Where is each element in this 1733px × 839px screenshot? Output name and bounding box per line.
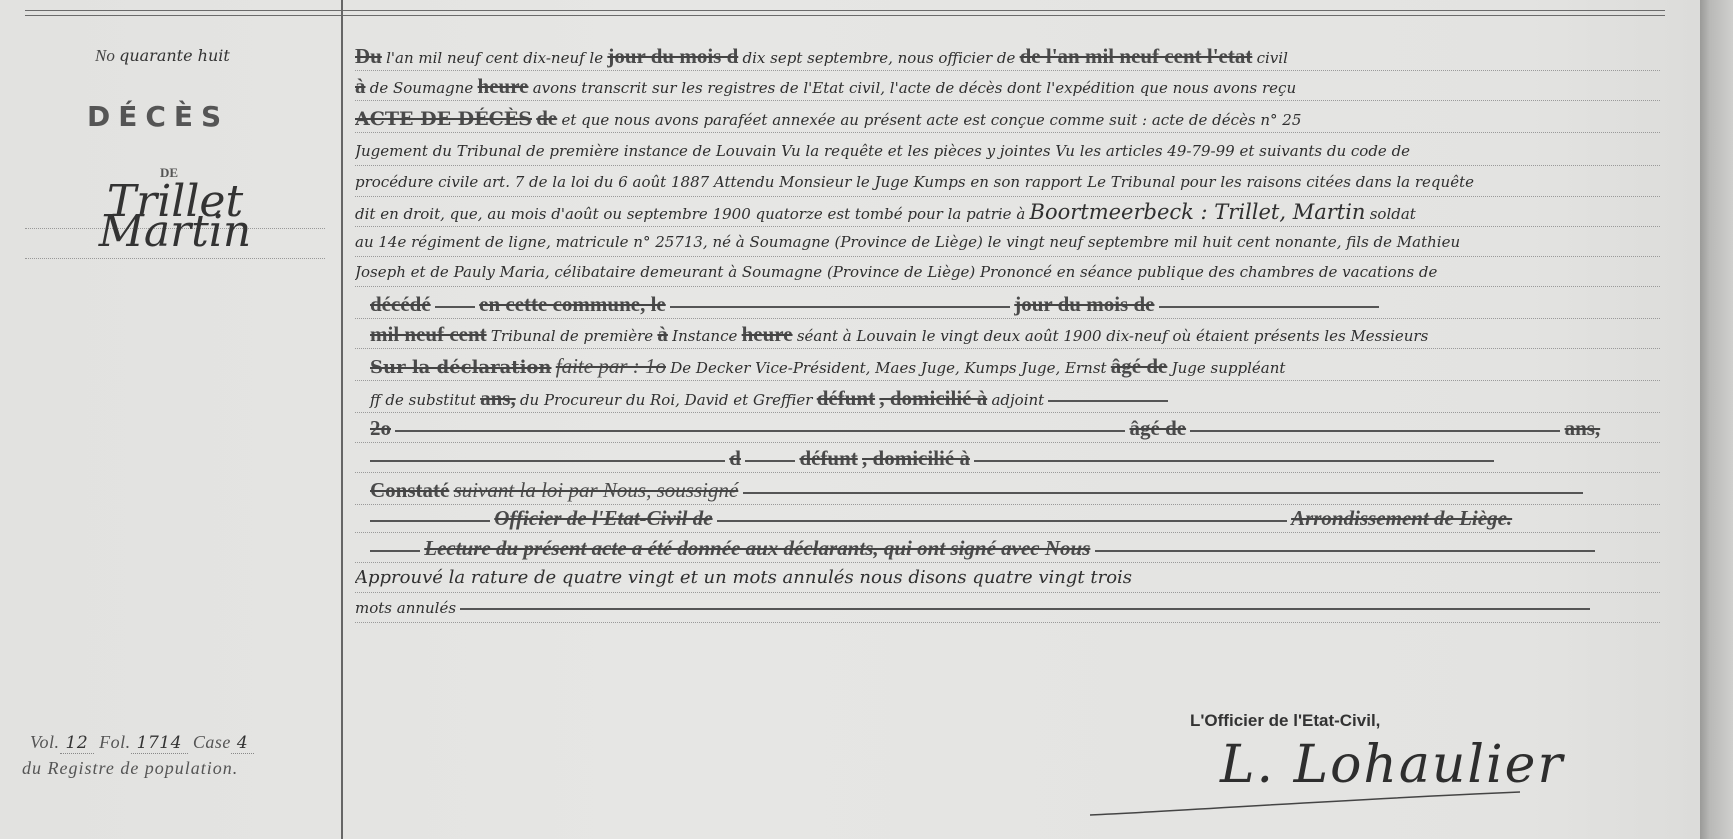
handwritten-text: Tribunal de première	[491, 327, 653, 345]
record-line-2: à de Soumagne heure avons transcrit sur …	[355, 72, 1660, 101]
vol-value: 12	[60, 733, 95, 754]
record-type-title: DÉCÈS	[87, 100, 229, 133]
printed-struck: Officier de l'Etat-Civil de	[494, 506, 712, 530]
printed-struck: âgé de	[1111, 354, 1168, 378]
margin-divider	[341, 0, 343, 839]
record-line-19: mots annulés	[355, 594, 1660, 623]
printed-struck: , domicilié à	[862, 446, 970, 470]
record-line-5: procédure civile art. 7 de la loi du 6 a…	[355, 168, 1660, 197]
record-number-label: No	[95, 46, 115, 65]
printed-struck: jour du mois de	[1014, 292, 1154, 316]
handwritten-place-name: Boortmeerbeck : Trillet, Martin	[1030, 200, 1366, 224]
printed-struck: heure	[742, 322, 793, 346]
printed-struck: 2o	[370, 416, 391, 440]
record-line-7: au 14e régiment de ligne, matricule n° 2…	[355, 228, 1660, 257]
printed-struck: d	[729, 446, 741, 470]
officer-signature-label: L'Officier de l'Etat-Civil,	[1190, 711, 1380, 731]
top-double-rule	[25, 10, 1665, 16]
printed-struck: jour du mois d	[607, 44, 738, 68]
record-line-18: Approuvé la rature de quatre vingt et un…	[355, 564, 1660, 593]
printed-struck: ans,	[480, 386, 516, 410]
handwritten-text: procédure civile art. 7 de la loi du 6 a…	[355, 173, 1474, 191]
record-line-13: 2o âgé de ans,	[355, 414, 1660, 443]
printed-struck: ans,	[1565, 416, 1601, 440]
printed-struck: de	[536, 106, 557, 130]
signature-flourish	[1080, 790, 1540, 830]
record-number-value: quarante huit	[119, 46, 230, 65]
case-label: Case	[193, 732, 231, 752]
record-line-12: ff de substitut ans, du Procureur du Roi…	[355, 384, 1660, 413]
handwritten-text: De Decker Vice-Président, Maes Juge, Kum…	[670, 359, 1106, 377]
printed-struck: faite par : 1o	[556, 354, 666, 378]
handwritten-text: mots annulés	[355, 599, 456, 617]
record-line-10: mil neuf cent Tribunal de première à Ins…	[355, 320, 1660, 349]
record-line-17: Lecture du présent acte a été donnée aux…	[355, 534, 1660, 563]
printed-struck: Du	[355, 44, 382, 68]
handwritten-text: ff de substitut	[370, 391, 476, 409]
handwritten-text: Juge suppléant	[1172, 359, 1286, 377]
handwritten-text: avons transcrit sur les registres de l'E…	[533, 79, 1296, 97]
handwritten-text: Instance	[672, 327, 737, 345]
handwritten-text: et que nous avons paraféet annexée au pr…	[561, 111, 1301, 129]
printed-struck: Arrondissement de Liège.	[1291, 506, 1512, 530]
handwritten-text: de Soumagne	[370, 79, 474, 97]
printed-struck: défunt	[799, 446, 857, 470]
record-line-8: Joseph et de Pauly Maria, célibataire de…	[355, 258, 1660, 287]
record-line-16: Officier de l'Etat-Civil de Arrondisseme…	[355, 504, 1660, 533]
handwritten-text: civil	[1257, 49, 1288, 67]
printed-struck: , domicilié à	[879, 386, 987, 410]
officer-signature: L. Lohaulier	[1220, 735, 1564, 795]
printed-struck: suivant la loi par Nous, soussigné	[454, 478, 739, 502]
record-line-14: d défunt , domicilié à	[355, 444, 1660, 473]
handwritten-text: Joseph et de Pauly Maria, célibataire de…	[355, 263, 1437, 281]
deceased-given-name: Martin	[25, 206, 325, 259]
handwritten-text: dit en droit, que, au mois d'août ou sep…	[355, 205, 1025, 223]
record-line-1: Du l'an mil neuf cent dix-neuf le jour d…	[355, 42, 1660, 71]
registry-note: du Registre de population.	[22, 758, 238, 779]
record-number: No quarante huit	[95, 46, 230, 66]
printed-struck: de l'an mil neuf cent l'etat	[1020, 44, 1253, 68]
handwritten-text: séant à Louvain le vingt deux août 1900 …	[797, 327, 1428, 345]
handwritten-text: dix sept septembre, nous officier de	[743, 49, 1016, 67]
printed-struck: mil neuf cent	[370, 322, 487, 346]
act-title-struck: ACTE DE DÉCÈS	[355, 108, 532, 130]
handwritten-text: Approuvé la rature de quatre vingt et un…	[355, 567, 1132, 588]
record-line-4: Jugement du Tribunal de première instanc…	[355, 137, 1660, 166]
printed-struck: heure	[478, 74, 529, 98]
fol-label: Fol.	[99, 732, 131, 752]
printed-struck: à	[355, 74, 366, 98]
handwritten-text: adjoint	[991, 391, 1044, 409]
population-register-reference: Vol.12 Fol.1714 Case4	[30, 732, 254, 753]
printed-struck: Sur la déclaration	[370, 357, 552, 378]
record-line-6: dit en droit, que, au mois d'août ou sep…	[355, 198, 1660, 227]
handwritten-text: du Procureur du Roi, David et Greffier	[520, 391, 813, 409]
record-line-15: Constaté suivant la loi par Nous, soussi…	[355, 476, 1660, 505]
page-binding-edge	[1700, 0, 1733, 839]
printed-struck: défunt	[817, 386, 875, 410]
case-value: 4	[231, 733, 254, 754]
handwritten-text: soldat	[1370, 205, 1416, 223]
vol-label: Vol.	[30, 732, 60, 752]
printed-struck: à	[657, 322, 668, 346]
printed-struck: en cette commune, le	[479, 292, 666, 316]
handwritten-text: au 14e régiment de ligne, matricule n° 2…	[355, 233, 1460, 251]
record-line-9: décédé en cette commune, le jour du mois…	[355, 290, 1660, 319]
printed-struck: Lecture du présent acte a été donnée aux…	[424, 536, 1090, 560]
handwritten-text: l'an mil neuf cent dix-neuf le	[386, 49, 603, 67]
record-line-3: ACTE DE DÉCÈS de et que nous avons paraf…	[355, 104, 1660, 133]
printed-struck: Constaté	[370, 478, 449, 502]
handwritten-text: Jugement du Tribunal de première instanc…	[355, 142, 1410, 160]
printed-struck: âgé de	[1130, 416, 1187, 440]
fol-value: 1714	[131, 733, 188, 754]
record-line-11: Sur la déclaration faite par : 1o De Dec…	[355, 352, 1660, 381]
printed-struck: décédé	[370, 292, 431, 316]
register-page: No quarante huit DÉCÈS DE Trillet Martin…	[0, 0, 1700, 839]
